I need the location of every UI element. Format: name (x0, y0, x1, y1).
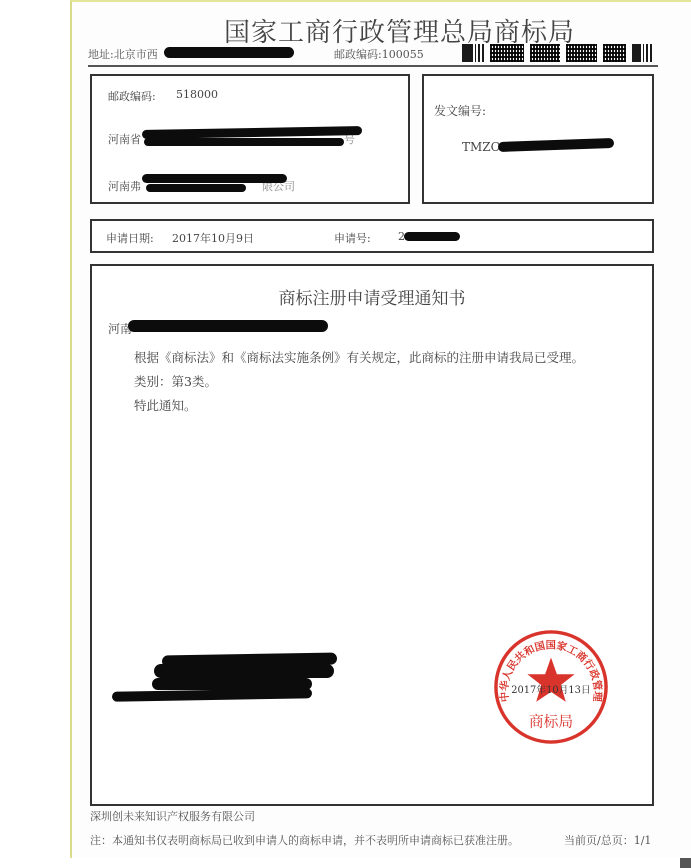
reference-label: 发文编号: (434, 102, 486, 119)
redaction-mark (498, 138, 614, 152)
barcode (462, 44, 652, 62)
svg-text:商标局: 商标局 (529, 713, 573, 730)
official-seal-icon: 中华人民共和国国家工商行政管理总局 2017年10月13日 商标局 (492, 628, 610, 746)
notice-title: 商标注册申请受理通知书 (92, 284, 652, 309)
redaction-mark (142, 126, 362, 139)
redaction-mark (164, 47, 294, 58)
page-indicator: 当前页/总页：1/1 (564, 832, 651, 848)
application-date-label: 申请日期: (106, 230, 154, 246)
document-page: 国家工商行政管理总局商标局 地址:北京市西 邮政编码:100055 邮政编码: … (70, 0, 691, 858)
notice-body-line-1: 根据《商标法》和《商标法实施条例》有关规定，此商标的注册申请我局已受理。 (134, 348, 584, 366)
footer-agent-company: 深圳创未来知识产权服务有限公司 (90, 808, 255, 824)
redaction-mark (404, 232, 460, 241)
application-number-label: 申请号: (334, 230, 371, 246)
redaction-mark (142, 174, 287, 183)
scan-edge (680, 858, 691, 868)
svg-text:2017年10月13日: 2017年10月13日 (511, 683, 591, 696)
issuer-address-text: 地址:北京市西 (88, 48, 158, 61)
footer-note: 注：本通知书仅表明商标局已收到申请人的商标申请，并不表明所申请商标已获准注册。 (90, 832, 519, 848)
reference-box: 发文编号: TMZC (422, 74, 654, 204)
header-divider (88, 65, 658, 67)
issuer-address: 地址:北京市西 (88, 46, 158, 62)
recipient-address-prefix: 河南省 (108, 131, 141, 147)
application-info-box: 申请日期: 2017年10月9日 申请号: 2 (90, 219, 654, 253)
reference-value: TMZC (462, 140, 500, 154)
issuer-postcode: 邮政编码:100055 (334, 46, 424, 62)
application-date-value: 2017年10月9日 (172, 230, 254, 246)
notice-body-line-2: 类别：第3类。 (134, 372, 217, 390)
redaction-mark (128, 320, 328, 332)
notice-body-line-3: 特此通知。 (134, 396, 197, 414)
notice-box: 商标注册申请受理通知书 河南 根据《商标法》和《商标法实施条例》有关规定，此商标… (90, 264, 654, 806)
redaction-mark (144, 138, 344, 146)
redaction-mark (146, 184, 246, 192)
recipient-postcode-value: 518000 (176, 88, 218, 101)
recipient-company-prefix: 河南弗 (108, 178, 141, 194)
recipient-postcode-label: 邮政编码: (108, 88, 156, 104)
recipient-box: 邮政编码: 518000 河南省 号 河南弗 限公司 (90, 74, 410, 204)
